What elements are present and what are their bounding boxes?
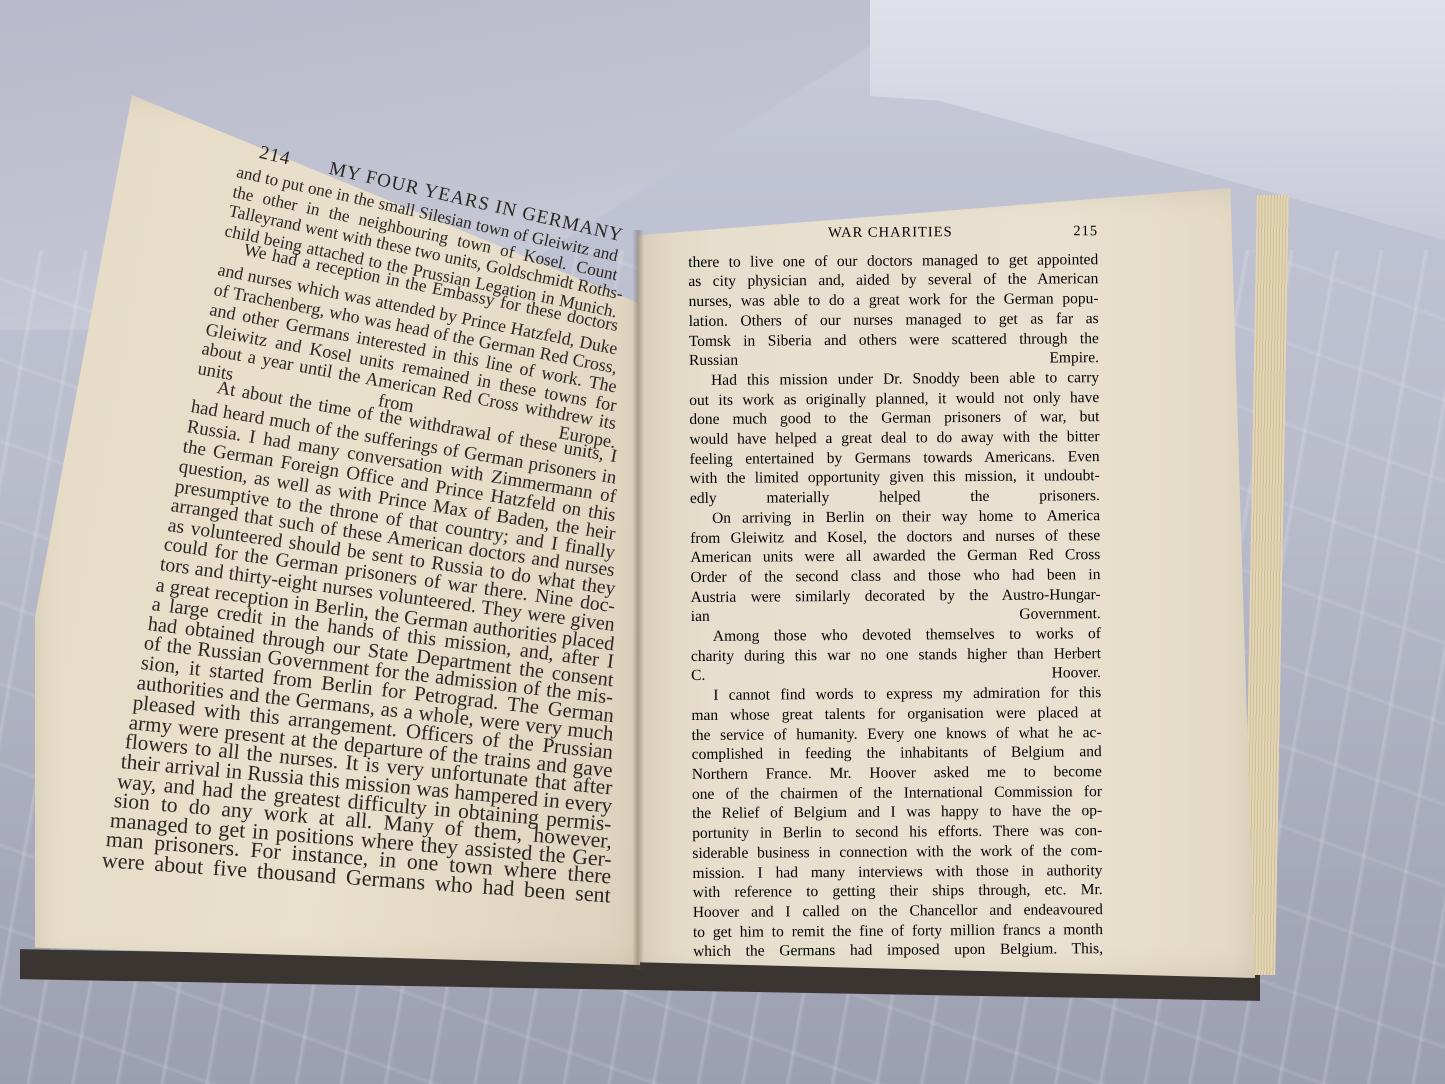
right-text-line: nurses, was able to do a great work for … (688, 289, 1098, 312)
right-running-head: WAR CHARITIES 215 (688, 222, 1098, 245)
right-text-line: I cannot find words to express my admira… (691, 683, 1101, 706)
right-page-number: 215 (1073, 222, 1098, 242)
right-running-head-title: WAR CHARITIES (828, 223, 953, 244)
book-gutter (633, 230, 643, 970)
right-text-line: which the Germans had imposed upon Belgi… (693, 939, 1103, 962)
right-text-line: edly materially helped the prisoners. (690, 486, 1100, 509)
right-text-line: lation. Others of our nurses managed to … (689, 309, 1099, 332)
right-page-text: WAR CHARITIES 215 there to live one of o… (688, 222, 1103, 962)
right-text-line: portunity in Berlin to second his effort… (692, 821, 1102, 844)
right-text-line: Among those who devoted themselves to wo… (691, 624, 1101, 647)
right-text-line: On arriving in Berlin on their way home … (690, 506, 1100, 529)
right-text-line: siderable business in connection with th… (692, 841, 1102, 864)
right-text-line: Hoover and I called on the Chancellor an… (693, 900, 1103, 923)
right-page-body: there to live one of our doctors managed… (688, 250, 1103, 962)
right-text-line: Had this mission under Dr. Snoddy been a… (689, 368, 1099, 391)
right-text-line: man whose great talents for organisation… (691, 703, 1101, 726)
right-text-line: Russian Empire. (689, 348, 1099, 371)
right-text-line: would have helped a great deal to do awa… (689, 427, 1099, 450)
right-text-line: with reference to getting their ships th… (693, 880, 1103, 903)
right-text-line: Northern France. Mr. Hoover asked me to … (692, 762, 1102, 785)
right-text-line: Order of the second class and those who … (690, 565, 1100, 588)
